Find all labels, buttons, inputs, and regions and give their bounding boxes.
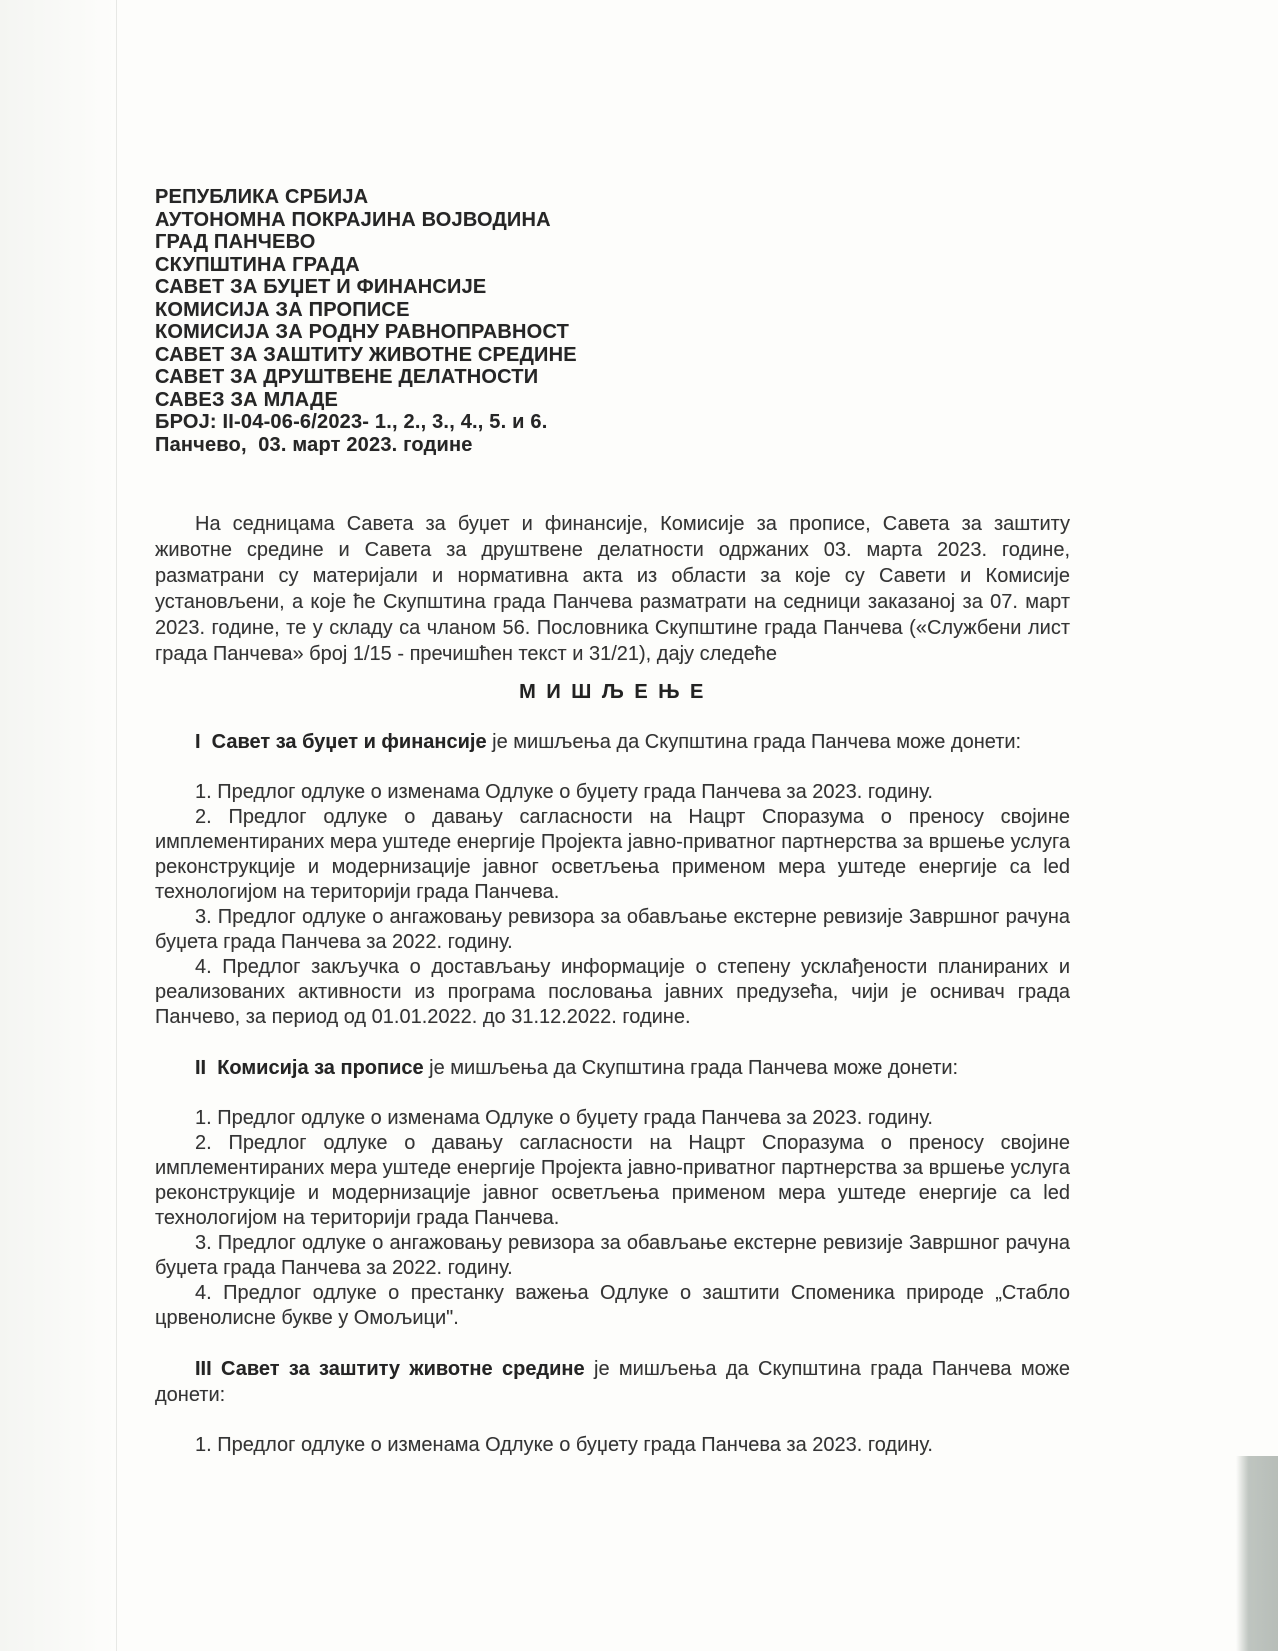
- opinion-item: 4. Предлог закључка о достављању информа…: [155, 955, 1070, 1030]
- section-heading-bold: III Савет за заштиту животне средине: [195, 1358, 585, 1380]
- header-line: ГРАД ПАНЧЕВО: [155, 231, 1070, 254]
- scan-left-edge-shade: [0, 0, 117, 1651]
- sections: I Савет за буџет и финансије је мишљења …: [155, 729, 1070, 1458]
- scan-right-edge-shade: [1236, 1456, 1278, 1651]
- header-line: СКУПШТИНА ГРАДА: [155, 254, 1070, 277]
- section-heading: I Савет за буџет и финансије је мишљења …: [155, 729, 1070, 755]
- section-heading: II Комисија за прописе је мишљења да Ску…: [155, 1055, 1070, 1081]
- opinion-item: 3. Предлог одлуке о ангажовању ревизора …: [155, 1231, 1070, 1281]
- opinion-item: 3. Предлог одлуке о ангажовању ревизора …: [155, 905, 1070, 955]
- section-items: 1. Предлог одлуке о изменама Одлуке о бу…: [155, 1106, 1070, 1331]
- opinion-section: II Комисија за прописе је мишљења да Ску…: [155, 1055, 1070, 1331]
- header-line: АУТОНОМНА ПОКРАЈИНА ВОЈВОДИНА: [155, 209, 1070, 232]
- opinion-item: 1. Предлог одлуке о изменама Одлуке о бу…: [155, 1106, 1070, 1131]
- header-line: САВЕТ ЗА БУЏЕТ И ФИНАНСИЈЕ: [155, 276, 1070, 299]
- section-items: 1. Предлог одлуке о изменама Одлуке о бу…: [155, 1433, 1070, 1458]
- document-title: М И Ш Љ Е Њ Е: [155, 681, 1070, 704]
- header-line: САВЕТ ЗА ЗАШТИТУ ЖИВОТНЕ СРЕДИНЕ: [155, 344, 1070, 367]
- section-heading: III Савет за заштиту животне средине је …: [155, 1356, 1070, 1408]
- section-heading-bold: II Комисија за прописе: [195, 1057, 424, 1079]
- opinion-item: 1. Предлог одлуке о изменама Одлуке о бу…: [155, 1433, 1070, 1458]
- header-line: Панчево, 03. март 2023. године: [155, 434, 1070, 457]
- opinion-section: I Савет за буџет и финансије је мишљења …: [155, 729, 1070, 1030]
- header-line: БРОЈ: II-04-06-6/2023- 1., 2., 3., 4., 5…: [155, 411, 1070, 434]
- intro-paragraph: На седницама Савета за буџет и финансије…: [155, 511, 1070, 667]
- header-line: КОМИСИЈА ЗА ПРОПИСЕ: [155, 299, 1070, 322]
- header-line: САВЕЗ ЗА МЛАДЕ: [155, 389, 1070, 412]
- section-heading-bold: I Савет за буџет и финансије: [195, 731, 487, 753]
- header-line: САВЕТ ЗА ДРУШТВЕНЕ ДЕЛАТНОСТИ: [155, 366, 1070, 389]
- scanned-page: РЕПУБЛИКА СРБИЈААУТОНОМНА ПОКРАЈИНА ВОЈВ…: [0, 0, 1278, 1651]
- document-content: РЕПУБЛИКА СРБИЈААУТОНОМНА ПОКРАЈИНА ВОЈВ…: [155, 186, 1070, 1458]
- opinion-item: 2. Предлог одлуке о давању сагласности н…: [155, 805, 1070, 905]
- opinion-item: 4. Предлог одлуке о престанку важења Одл…: [155, 1281, 1070, 1331]
- section-items: 1. Предлог одлуке о изменама Одлуке о бу…: [155, 780, 1070, 1030]
- section-heading-rest: је мишљења да Скупштина града Панчева мо…: [424, 1057, 958, 1079]
- opinion-section: III Савет за заштиту животне средине је …: [155, 1356, 1070, 1458]
- header-line: РЕПУБЛИКА СРБИЈА: [155, 186, 1070, 209]
- document-header: РЕПУБЛИКА СРБИЈААУТОНОМНА ПОКРАЈИНА ВОЈВ…: [155, 186, 1070, 456]
- opinion-item: 1. Предлог одлуке о изменама Одлуке о бу…: [155, 780, 1070, 805]
- opinion-item: 2. Предлог одлуке о давању сагласности н…: [155, 1131, 1070, 1231]
- header-line: КОМИСИЈА ЗА РОДНУ РАВНОПРАВНОСТ: [155, 321, 1070, 344]
- section-heading-rest: је мишљења да Скупштина града Панчева мо…: [487, 731, 1021, 753]
